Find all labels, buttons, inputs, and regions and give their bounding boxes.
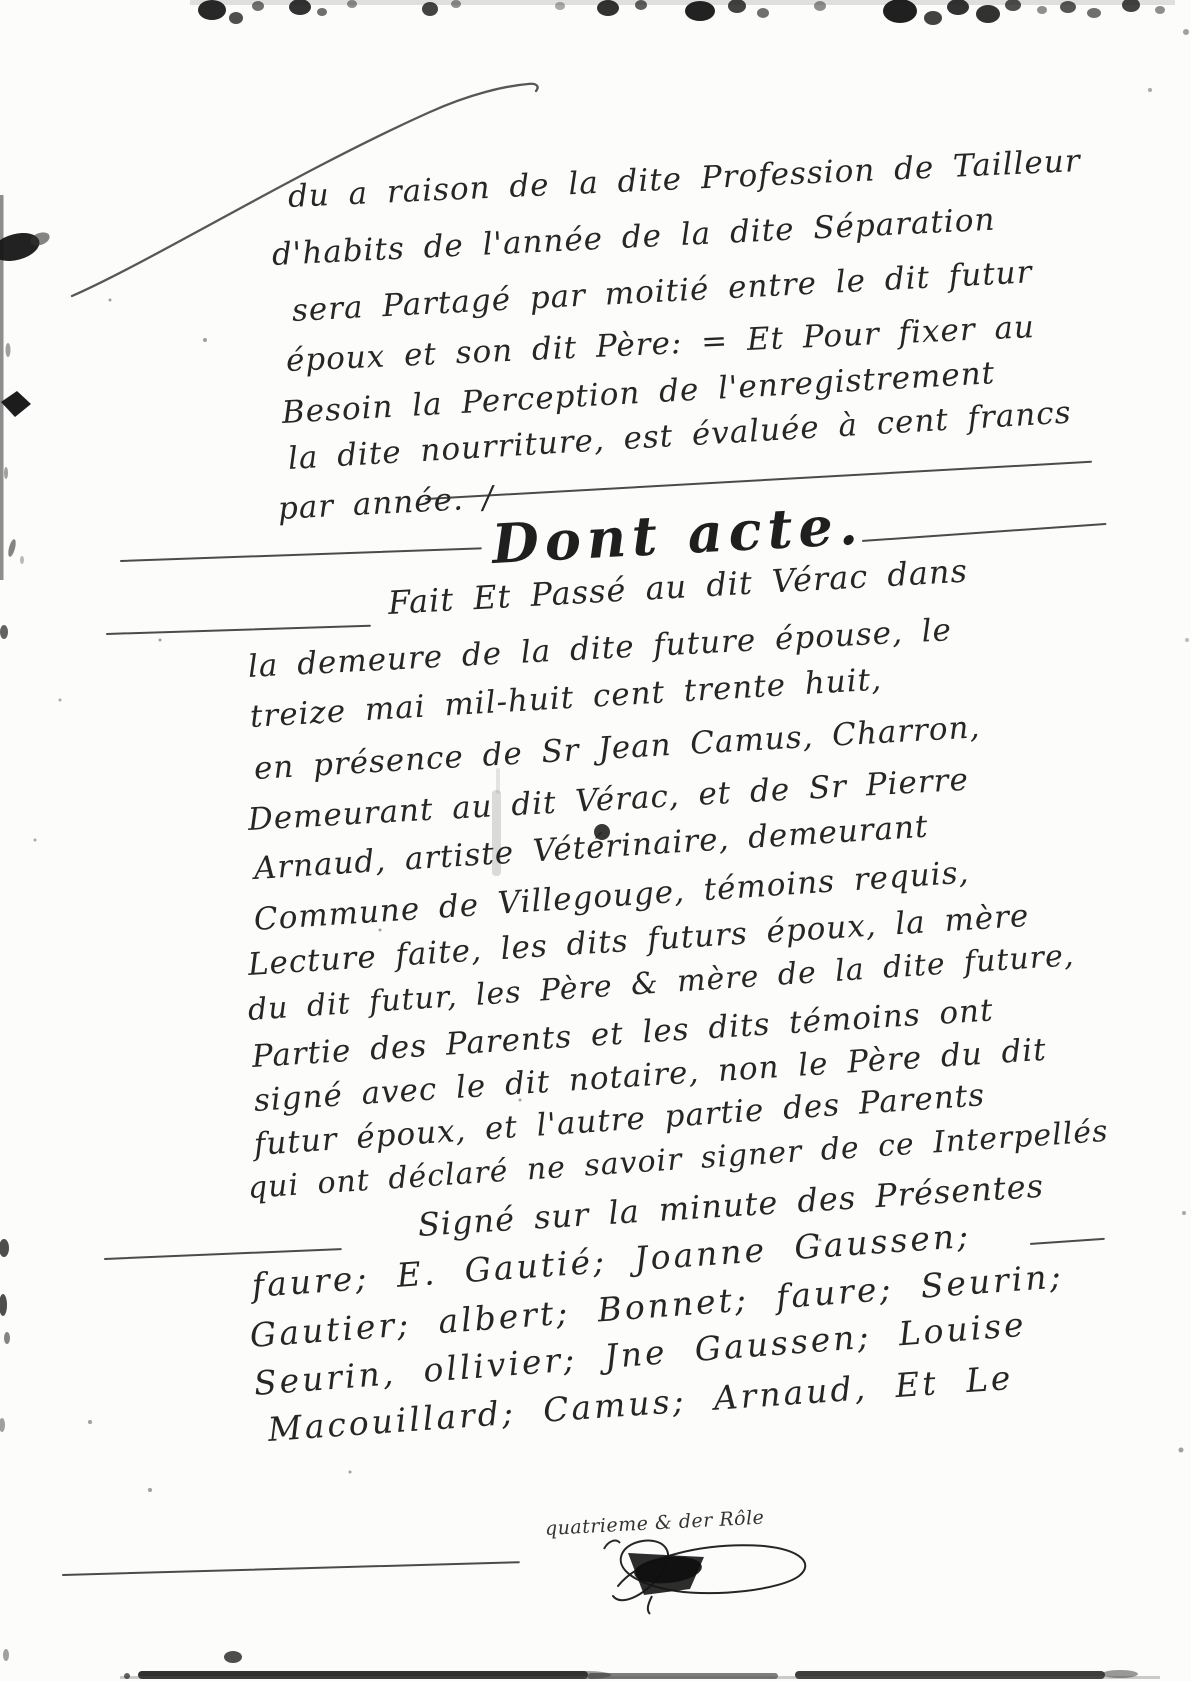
manuscript-line: par année. / [277, 481, 495, 526]
top-edge-blotches [190, 0, 1175, 25]
manuscript-page: du a raison de la dite Profession de Tai… [0, 0, 1191, 1681]
bottom-edge-band [120, 1651, 1160, 1679]
ink-rule [104, 1248, 342, 1260]
ink-rule [62, 1561, 520, 1576]
ink-rule [1030, 1238, 1105, 1245]
ink-rule [862, 523, 1107, 542]
notary-paraph-flourish [604, 1541, 805, 1614]
left-edge-marks [0, 195, 51, 1661]
folio-note: quatrieme & der Rôle [544, 1507, 764, 1540]
ink-rule [120, 547, 482, 562]
ink-rule [106, 625, 371, 635]
ink-rule [425, 461, 1092, 500]
